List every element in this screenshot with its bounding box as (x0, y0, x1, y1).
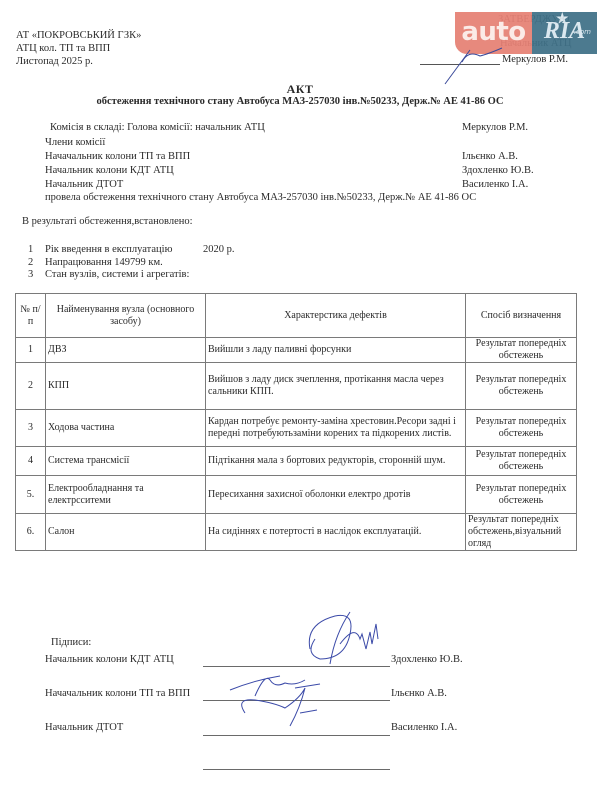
watermark-ria-block: ★ RIA .com (532, 12, 597, 54)
table-row: 6. Салон На сидіннях є потертості в насл… (16, 514, 577, 551)
header-name: Найменування вузла (основного засобу) (46, 294, 206, 338)
row-num: 4 (16, 447, 46, 476)
result-item-number: 1 (28, 243, 33, 257)
organization-header: АТ «ПОКРОВСЬКИЙ ГЗК» АТЦ кол. ТП та ВПП … (16, 29, 141, 68)
member-name: Здохленко Ю.В. (462, 164, 534, 178)
member-name: Василенко І.А. (462, 178, 528, 192)
row-defects: Вийшли з ладу паливні форсунки (206, 338, 466, 363)
signature-position: Начачальник колони ТП та ВПП (45, 688, 190, 699)
approval-name: Меркулов Р.М. (502, 54, 568, 65)
table-header-row: № п/п Найменування вузла (основного засо… (16, 294, 577, 338)
star-icon: ★ (556, 13, 569, 27)
document-subtitle: обстеження технічного стану Автобуса МАЗ… (0, 96, 600, 107)
table-row: 4 Система трансмісії Підтікання мала з б… (16, 447, 577, 476)
signature-name: Василенко І.А. (391, 722, 457, 733)
row-num: 6. (16, 514, 46, 551)
member-position: Начальник ДТОТ (45, 178, 123, 192)
result-item-text: Стан вузлів, системи і агрегатів: (45, 268, 189, 282)
signature-line-empty (203, 769, 390, 770)
signature-name: Здохленко Ю.В. (391, 654, 463, 665)
header-defects: Характерстика дефектів (206, 294, 466, 338)
row-defects: Пересихання захисної оболонки електро др… (206, 476, 466, 514)
result-item-value: 2020 р. (203, 243, 235, 257)
watermark-com-text: .com (574, 13, 591, 51)
signature-position: Начальник колони КДТ АТЦ (45, 654, 174, 665)
signature-position: Начальник ДТОТ (45, 722, 123, 733)
signatures-label: Підписи: (51, 637, 91, 648)
row-name: Ходова частина (46, 410, 206, 447)
commission-action: провела обстеження технічного стану Авто… (45, 191, 476, 205)
result-item-text: Рік введення в експлуатацію (45, 243, 172, 257)
table-row: 2 КПП Вийшов з ладу диск зчеплення, прот… (16, 363, 577, 410)
row-num: 1 (16, 338, 46, 363)
commission-chair-name: Меркулов Р.М. (462, 121, 528, 135)
row-defects: На сидіннях є потертості в наслідок експ… (206, 514, 466, 551)
commission-members-label: Члени комісії (45, 136, 105, 150)
row-name: Електрообладнання та електрсситеми (46, 476, 206, 514)
table-row: 5. Електрообладнання та електрсситеми Пе… (16, 476, 577, 514)
document-date: Листопад 2025 р. (16, 55, 141, 68)
signature-line (203, 735, 390, 736)
defects-table: № п/п Найменування вузла (основного засо… (15, 293, 577, 551)
row-name: Система трансмісії (46, 447, 206, 476)
header-method: Спосіб визначення (466, 294, 577, 338)
row-name: ДВЗ (46, 338, 206, 363)
member-position: Начальник колони КДТ АТЦ (45, 164, 174, 178)
row-num: 3 (16, 410, 46, 447)
row-defects: Кардан потребує ремонту-заміна хрестовин… (206, 410, 466, 447)
row-method: Результат попередніх обстежень (466, 476, 577, 514)
member-position: Начачальник колони ТП та ВПП (45, 150, 190, 164)
table-row: 3 Ходова частина Кардан потребує ремонту… (16, 410, 577, 447)
department-name: АТЦ кол. ТП та ВПП (16, 42, 141, 55)
row-method: Результат попередніх обстежень (466, 338, 577, 363)
signature-name: Ільєнко А.В. (391, 688, 447, 699)
organization-name: АТ «ПОКРОВСЬКИЙ ГЗК» (16, 29, 141, 42)
row-method: Результат попередніх обстежень (466, 447, 577, 476)
row-method: Результат попередніх обстежень (466, 363, 577, 410)
row-method: Результат попередніх обстежень (466, 410, 577, 447)
table-row: 1 ДВЗ Вийшли з ладу паливні форсунки Рез… (16, 338, 577, 363)
header-num: № п/п (16, 294, 46, 338)
row-num: 2 (16, 363, 46, 410)
row-name: Салон (46, 514, 206, 551)
commission-chair-label: Комісія в складі: Голова комісії: началь… (50, 121, 265, 135)
row-defects: Підтікання мала з бортових редукторів, с… (206, 447, 466, 476)
results-intro: В результаті обстеження,встановлено: (22, 215, 193, 229)
document-title: АКТ (0, 82, 600, 97)
row-method: Результат попередніх обстежень,візуальни… (466, 514, 577, 551)
row-defects: Вийшов з ладу диск зчеплення, протікання… (206, 363, 466, 410)
row-num: 5. (16, 476, 46, 514)
result-item-number: 3 (28, 268, 33, 282)
row-name: КПП (46, 363, 206, 410)
member-name: Ільєнко А.В. (462, 150, 518, 164)
